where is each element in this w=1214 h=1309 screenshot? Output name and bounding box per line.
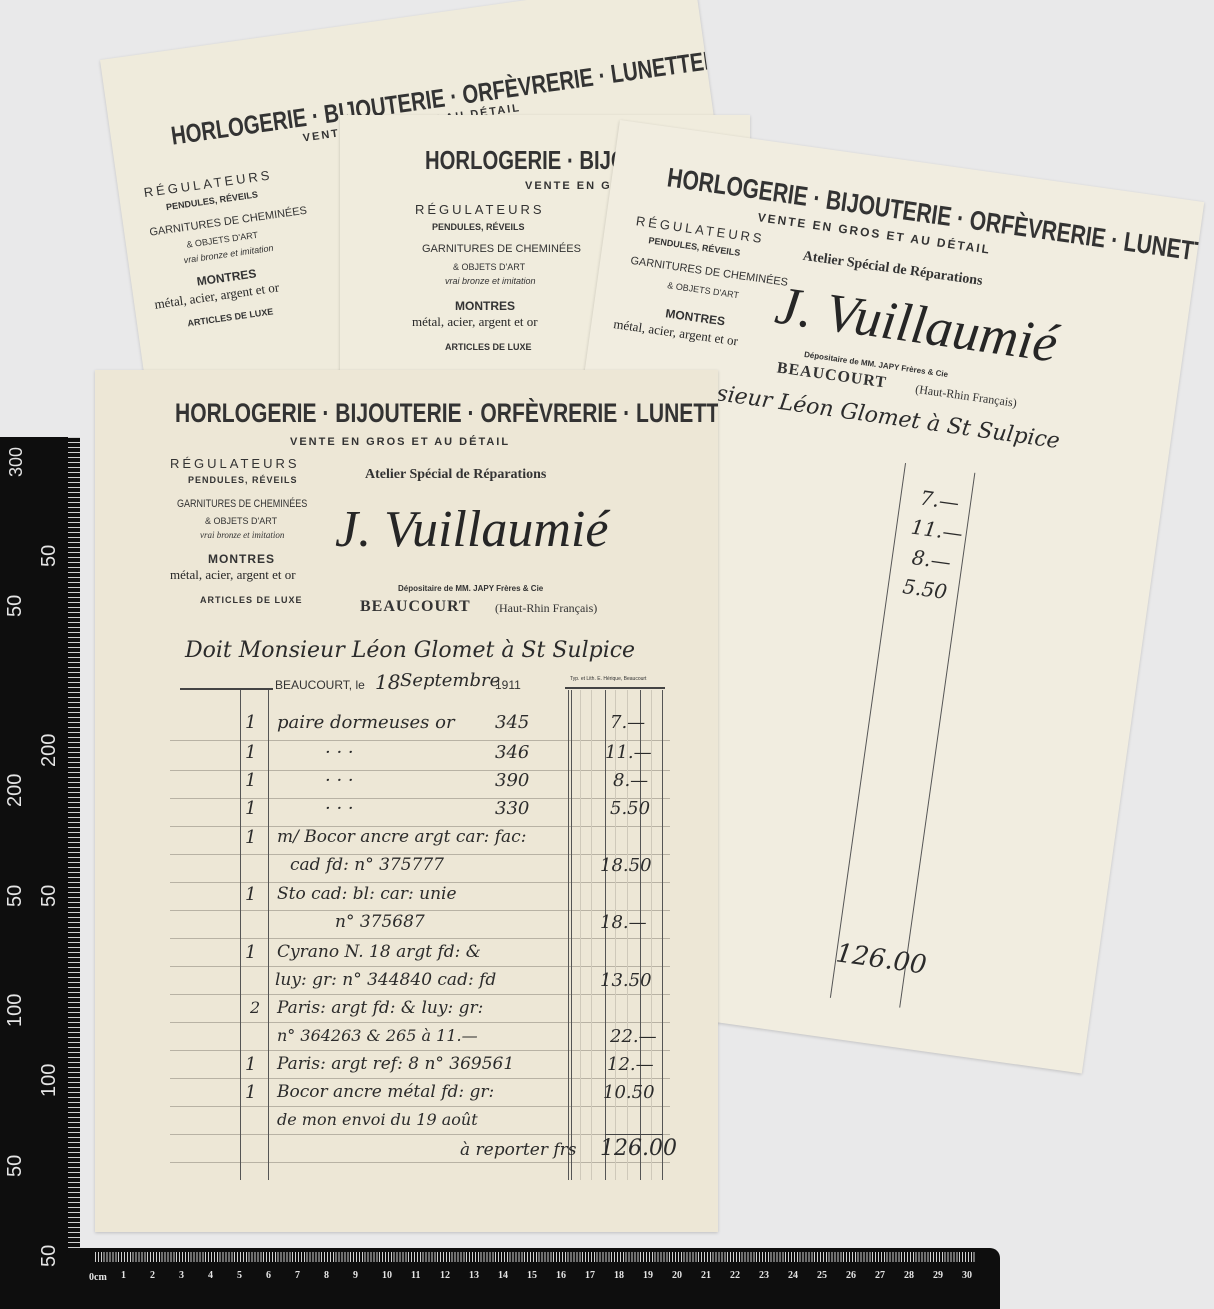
- ruler-label: 100: [4, 994, 27, 1027]
- letterhead-trades: HORLOGERIE · BIJOUTERIE · ORFÈVRERIE · L…: [175, 398, 718, 429]
- ruler-tick-label: 20: [672, 1270, 682, 1281]
- line-amount: 8.—: [613, 770, 648, 791]
- line-qty: 2: [250, 998, 260, 1017]
- line-qty: 1: [245, 1082, 256, 1103]
- line-desc: · · ·: [325, 798, 354, 819]
- line-amount: 18.—: [600, 912, 647, 933]
- left-col-luxe: ARTICLES DE LUXE: [200, 595, 303, 605]
- line-desc: · · ·: [325, 742, 354, 763]
- left-col-metal: métal, acier, argent et or: [170, 567, 296, 583]
- line-desc: de mon envoi du 19 août: [277, 1110, 478, 1129]
- ruler-unit-label: 0cm: [89, 1272, 107, 1283]
- left-col-montres: MONTRES: [208, 552, 275, 566]
- left-col-bronze: vrai bronze et imitation: [445, 276, 536, 286]
- line-desc: m/ Bocor ancre argt car: fac:: [277, 827, 526, 847]
- ruler-tick-label: 25: [817, 1270, 827, 1281]
- horizontal-ruler: 0cm 123456789101112131415161718192021222…: [65, 1248, 1000, 1309]
- line-ref: 330: [495, 798, 529, 819]
- desc-column-line: [268, 690, 269, 1180]
- ruler-tick-label: 30: [962, 1270, 972, 1281]
- left-col-objets: & OBJETS D'ART: [205, 516, 277, 526]
- ruler-tick-label: 21: [701, 1270, 711, 1281]
- left-col-metal: métal, acier, argent et or: [412, 314, 538, 330]
- letterhead-town: BEAUCOURT: [360, 598, 471, 616]
- addressee-handwriting: Doit Monsieur Léon Glomet à St Sulpice: [185, 638, 635, 663]
- line-amount: 18.50: [600, 855, 652, 876]
- left-col-montres: MONTRES: [455, 299, 515, 313]
- left-col-luxe: ARTICLES DE LUXE: [445, 342, 532, 352]
- ruler-label: 50: [4, 885, 27, 907]
- line-qty: 1: [245, 742, 256, 763]
- line-qty: 1: [245, 770, 256, 791]
- ruler-tick-label: 11: [411, 1270, 420, 1281]
- column-line: [605, 690, 606, 1180]
- ruler-tick-label: 12: [440, 1270, 450, 1281]
- line-qty: 1: [245, 827, 256, 848]
- left-col-objets: & OBJETS D'ART: [453, 262, 525, 272]
- line-qty: 1: [245, 942, 256, 963]
- carry-total: 126.00: [600, 1136, 677, 1161]
- line-desc: luy: gr: n° 344840 cad: fd: [275, 970, 496, 990]
- ruler-tick-label: 8: [324, 1270, 329, 1281]
- ruler-tick-label: 5: [237, 1270, 242, 1281]
- ruler-label: 50: [38, 545, 61, 567]
- carry-total: 126.00: [834, 938, 928, 980]
- ruler-tick-label: 24: [788, 1270, 798, 1281]
- line-amount: 12.—: [607, 1054, 654, 1075]
- ruler-label: 50: [38, 1245, 61, 1267]
- letterhead-region: (Haut-Rhin Français): [495, 601, 597, 616]
- letterhead-sales: VENTE EN GROS ET AU DÉTAIL: [290, 436, 510, 448]
- line-amount: 7.—: [610, 712, 645, 733]
- left-col-garnitures: GARNITURES DE CHEMINÉES: [422, 243, 581, 255]
- line-ref: 346: [495, 742, 529, 763]
- ruler-tick-label: 15: [527, 1270, 537, 1281]
- amount: 11.—: [910, 515, 965, 546]
- column-line: [830, 463, 906, 998]
- left-col-luxe: ARTICLES DE LUXE: [187, 306, 274, 328]
- ruler-tick-label: 29: [933, 1270, 943, 1281]
- line-amount: 11.—: [605, 742, 652, 763]
- line-desc: Bocor ancre métal fd: gr:: [277, 1082, 494, 1102]
- qty-column-line: [240, 690, 241, 1180]
- ruler-tick-label: 16: [556, 1270, 566, 1281]
- ruler-label: 200: [38, 734, 61, 767]
- ruler-tick-label: 3: [179, 1270, 184, 1281]
- ruler-tick-label: 7: [295, 1270, 300, 1281]
- date-month: Septembre: [400, 670, 500, 691]
- place-date-prefix: BEAUCOURT, le: [275, 678, 365, 692]
- cents-column-line: [640, 690, 641, 1180]
- left-col-regulateurs: RÉGULATEURS: [415, 202, 545, 217]
- ruler-tick-label: 17: [585, 1270, 595, 1281]
- header-rule-right: [565, 687, 665, 689]
- line-amount: 5.50: [610, 798, 650, 819]
- line-amount: 10.50: [603, 1082, 655, 1103]
- line-qty: 1: [245, 884, 256, 905]
- ruler-label: 50: [4, 595, 27, 617]
- date-day: 18: [375, 670, 400, 694]
- ruler-tick-label: 4: [208, 1270, 213, 1281]
- printer-credit: Typ. et Lith. E. Hérique, Beaucourt: [570, 676, 646, 682]
- line-qty: 1: [245, 712, 256, 733]
- letterhead-trades: HORLOGERIE · BIJOUTERIE · ORFÈVRERIE · L…: [665, 162, 1204, 275]
- line-ref: 345: [495, 712, 529, 733]
- letterhead-atelier: Atelier Spécial de Réparations: [365, 467, 546, 483]
- ruler-tick-label: 26: [846, 1270, 856, 1281]
- ruler-label: 200: [4, 774, 27, 807]
- line-desc: n° 364263 & 265 à 11.—: [277, 1026, 478, 1045]
- line-qty: 1: [245, 798, 256, 819]
- letterhead-name: J. Vuillaumié: [335, 500, 608, 559]
- line-desc: Sto cad: bl: car: unie: [277, 884, 457, 904]
- date-year: 1911: [495, 678, 521, 692]
- line-amount: 13.50: [600, 970, 652, 991]
- ruler-tick-label: 10: [382, 1270, 392, 1281]
- left-col-objets: & OBJETS D'ART: [667, 280, 740, 300]
- line-desc: n° 375687: [335, 912, 425, 932]
- line-desc: cad fd: n° 375777: [290, 855, 444, 875]
- carry-label: à reporter frs: [460, 1140, 577, 1160]
- line-ref: 390: [495, 770, 529, 791]
- left-col-pendules: PENDULES, RÉVEILS: [432, 222, 525, 232]
- ruler-tick-label: 19: [643, 1270, 653, 1281]
- line-desc: Paris: argt fd: & luy: gr:: [277, 998, 483, 1018]
- ruler-label: 50: [38, 885, 61, 907]
- ruler-tick-label: 18: [614, 1270, 624, 1281]
- left-col-regulateurs: RÉGULATEURS: [170, 456, 300, 471]
- letterhead-region: (Haut-Rhin Français): [914, 382, 1017, 411]
- ruler-tick-label: 13: [469, 1270, 479, 1281]
- ruler-tick-label: 1: [121, 1270, 126, 1281]
- ruler-label: 300: [6, 447, 27, 477]
- front-invoice-sheet: HORLOGERIE · BIJOUTERIE · ORFÈVRERIE · L…: [95, 370, 718, 1232]
- ruler-tick-label: 27: [875, 1270, 885, 1281]
- ruler-tick-label: 9: [353, 1270, 358, 1281]
- left-col-bronze: vrai bronze et imitation: [200, 530, 284, 540]
- line-desc: Paris: argt ref: 8 n° 369561: [277, 1054, 514, 1074]
- amount: 5.50: [901, 574, 948, 604]
- letterhead-depositary: Dépositaire de MM. JAPY Frères & Cie: [398, 584, 543, 593]
- ruler-tick-label: 23: [759, 1270, 769, 1281]
- ruler-tick-label: 2: [150, 1270, 155, 1281]
- line-desc: paire dormeuses or: [277, 712, 455, 733]
- column-line: [571, 690, 572, 1180]
- ruler-tick-label: 28: [904, 1270, 914, 1281]
- ruler-tick-label: 22: [730, 1270, 740, 1281]
- left-col-pendules: PENDULES, RÉVEILS: [188, 475, 298, 485]
- vertical-ruler: 300 50 50 200 200 50 50 100 100 50 50: [0, 437, 80, 1309]
- amount: 7.—: [919, 486, 961, 515]
- line-desc: · · ·: [325, 770, 354, 791]
- ruler-label: 100: [38, 1064, 61, 1097]
- ruler-tick-label: 14: [498, 1270, 508, 1281]
- amount: 8.—: [910, 545, 952, 574]
- line-qty: 1: [245, 1054, 256, 1075]
- line-desc: Cyrano N. 18 argt fd: &: [277, 942, 481, 962]
- left-col-garnitures: GARNITURES DE CHEMINÉES: [630, 255, 789, 289]
- ruler-label: 50: [4, 1155, 27, 1177]
- left-col-garnitures: GARNITURES DE CHEMINÉES: [177, 498, 307, 510]
- header-rule-left: [180, 688, 273, 690]
- column-line: [568, 690, 569, 1180]
- ruler-tick-label: 6: [266, 1270, 271, 1281]
- line-amount: 22.—: [610, 1026, 657, 1047]
- column-line: [662, 690, 663, 1180]
